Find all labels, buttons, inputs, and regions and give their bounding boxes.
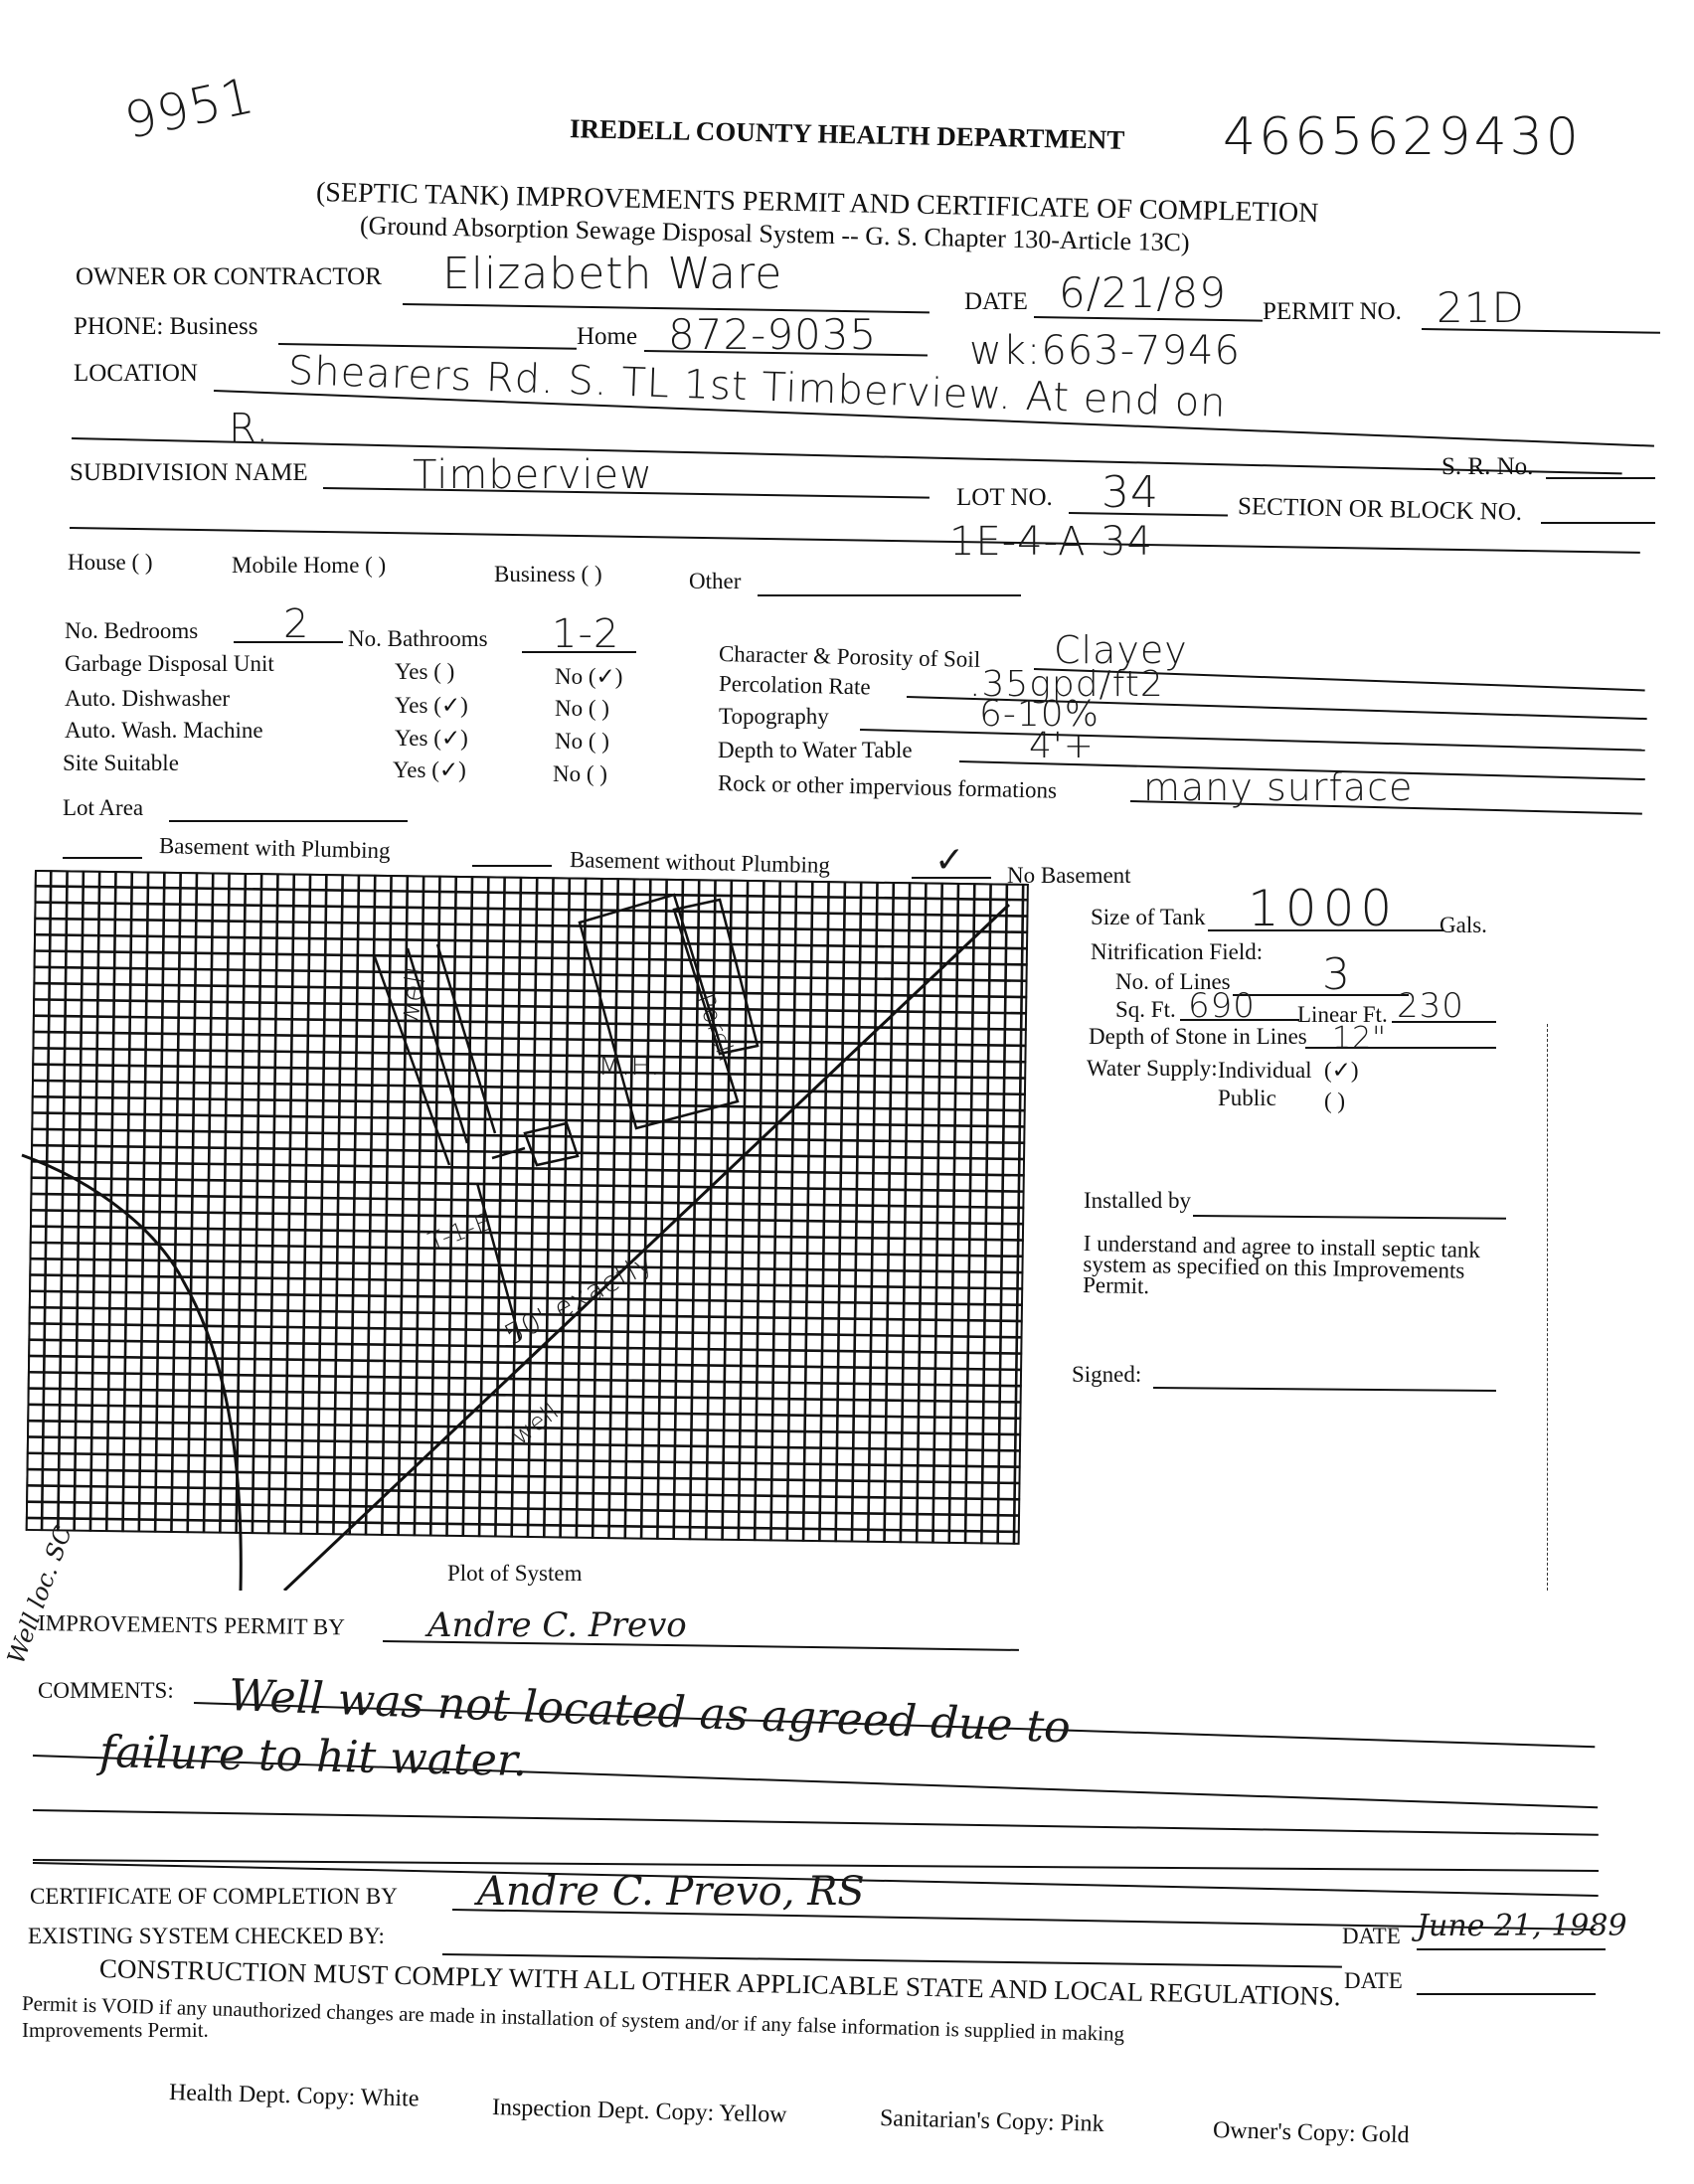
void-notice-2: Improvements Permit. bbox=[22, 2018, 209, 2043]
rock-value[interactable]: many surface bbox=[1143, 765, 1413, 809]
topography-line bbox=[860, 729, 1645, 752]
copy-sanitarian: Sanitarian's Copy: Pink bbox=[880, 2105, 1104, 2138]
lot-area-label: Lot Area bbox=[63, 795, 143, 821]
existing-date-line bbox=[1417, 1948, 1606, 1950]
copy-inspection-dept: Inspection Dept. Copy: Yellow bbox=[492, 2095, 787, 2129]
bathrooms-value[interactable]: 1-2 bbox=[552, 611, 619, 657]
certificate-label: CERTIFICATE OF COMPLETION BY bbox=[30, 1884, 398, 1910]
signed-label: Signed: bbox=[1072, 1362, 1141, 1388]
bedrooms-value[interactable]: 2 bbox=[283, 601, 309, 647]
installed-by-label: Installed by bbox=[1084, 1188, 1191, 1214]
subdivision-value[interactable]: Timberview bbox=[413, 452, 653, 498]
type-house[interactable]: House ( ) bbox=[68, 550, 153, 576]
checklist-site-yes[interactable]: Yes (✓) bbox=[393, 757, 466, 783]
checklist-dishwasher-yes[interactable]: Yes (✓) bbox=[395, 693, 468, 719]
checklist-washer-yes[interactable]: Yes (✓) bbox=[395, 726, 468, 752]
bathrooms-label: No. Bathrooms bbox=[348, 626, 488, 652]
water-public-check[interactable]: ( ) bbox=[1324, 1089, 1345, 1114]
department-name: IREDELL COUNTY HEALTH DEPARTMENT bbox=[570, 113, 1125, 156]
existing-date-label: DATE bbox=[1342, 1924, 1401, 1949]
stone-depth-label: Depth of Stone in Lines bbox=[1089, 1024, 1307, 1050]
section-line bbox=[1541, 522, 1655, 524]
owner-label: OWNER OR CONTRACTOR bbox=[76, 263, 382, 291]
lot-area-line bbox=[169, 820, 408, 822]
permit-value[interactable]: 21D bbox=[1437, 283, 1525, 332]
sqft-value[interactable]: 690 bbox=[1188, 986, 1256, 1026]
sr-label: S. R. No. bbox=[1441, 453, 1533, 481]
corner-note: 9951 bbox=[119, 67, 258, 150]
water-supply-label: Water Supply: bbox=[1087, 1056, 1218, 1082]
bedrooms-label: No. Bedrooms bbox=[65, 618, 198, 644]
tank-size-value[interactable]: 1000 bbox=[1248, 880, 1398, 937]
date-label: DATE bbox=[964, 288, 1028, 316]
type-other-line bbox=[758, 594, 1021, 596]
type-mobile-home[interactable]: Mobile Home ( ) bbox=[232, 553, 386, 579]
checklist-garbage-yes[interactable]: Yes ( ) bbox=[395, 659, 454, 685]
date-value[interactable]: 6/21/89 bbox=[1059, 268, 1227, 317]
checklist-dishwasher-label: Auto. Dishwasher bbox=[65, 686, 230, 712]
subdivision-divider bbox=[70, 527, 1640, 554]
permit-by-signature: Andre C. Prevo bbox=[427, 1605, 687, 1645]
tank-outline bbox=[525, 1123, 578, 1165]
install-agreement: I understand and agree to install septic… bbox=[1083, 1233, 1501, 1302]
water-individual-check[interactable]: (✓) bbox=[1324, 1058, 1359, 1084]
lines-line bbox=[1233, 994, 1409, 996]
checklist-garbage-label: Garbage Disposal Unit bbox=[65, 651, 274, 677]
section-label: SECTION OR BLOCK NO. bbox=[1238, 493, 1523, 527]
water-public-label: Public bbox=[1218, 1086, 1276, 1111]
checklist-washer-label: Auto. Wash. Machine bbox=[65, 718, 263, 744]
owner-value[interactable]: Elizabeth Ware bbox=[442, 249, 782, 299]
checklist-site-no[interactable]: No ( ) bbox=[553, 761, 607, 787]
existing-system-label: EXISTING SYSTEM CHECKED BY: bbox=[28, 1924, 385, 1949]
phone-home-label: Home bbox=[577, 323, 637, 351]
plot-drawing bbox=[0, 855, 1054, 1591]
parcel-number: 4665629430 bbox=[1223, 107, 1582, 167]
copy-health-dept: Health Dept. Copy: White bbox=[169, 2080, 420, 2113]
type-business[interactable]: Business ( ) bbox=[494, 562, 602, 588]
lines-value[interactable]: 3 bbox=[1322, 949, 1351, 1000]
comments-line-3 bbox=[33, 1809, 1599, 1836]
pin-note: 1E-4-A-34 bbox=[949, 519, 1153, 565]
installed-by-line bbox=[1193, 1215, 1506, 1220]
stone-depth-value[interactable]: 12" bbox=[1332, 1021, 1387, 1056]
second-date-label: DATE bbox=[1344, 1968, 1403, 1994]
checklist-garbage-no[interactable]: No (✓) bbox=[555, 664, 622, 690]
sqft-label: Sq. Ft. bbox=[1115, 997, 1176, 1023]
nitrification-label: Nitrification Field: bbox=[1091, 939, 1263, 965]
lot-value[interactable]: 34 bbox=[1101, 467, 1159, 518]
permit-by-label: IMPROVEMENTS PERMIT BY bbox=[38, 1610, 345, 1640]
topography-label: Topography bbox=[719, 704, 829, 730]
certificate-signature: Andre C. Prevo, RS bbox=[477, 1869, 865, 1915]
water-table-label: Depth to Water Table bbox=[718, 738, 913, 763]
sr-line bbox=[1546, 477, 1655, 479]
location-label: LOCATION bbox=[74, 360, 198, 388]
location-value-2[interactable]: R. bbox=[229, 406, 269, 451]
permit-label: PERMIT NO. bbox=[1263, 298, 1402, 326]
phone-home-value[interactable]: 872-9035 bbox=[668, 310, 877, 359]
signed-line bbox=[1153, 1387, 1496, 1392]
subdivision-label: SUBDIVISION NAME bbox=[70, 459, 308, 487]
copy-owner: Owner's Copy: Gold bbox=[1213, 2117, 1410, 2149]
second-date-line bbox=[1417, 1993, 1596, 1995]
checklist-washer-no[interactable]: No ( ) bbox=[555, 729, 609, 755]
soil-character-label: Character & Porosity of Soil bbox=[719, 641, 981, 673]
phone-business-label: PHONE: Business bbox=[74, 313, 257, 341]
tank-size-label: Size of Tank bbox=[1091, 905, 1206, 930]
type-other-label: Other bbox=[689, 569, 741, 594]
lot-label: LOT NO. bbox=[956, 484, 1053, 512]
comments-value-2[interactable]: failure to hit water. bbox=[98, 1727, 527, 1786]
water-table-value[interactable]: 4'+ bbox=[1029, 726, 1095, 766]
linear-ft-value[interactable]: 230 bbox=[1397, 986, 1464, 1026]
tank-size-unit: Gals. bbox=[1440, 913, 1487, 938]
phone-work-note: wk:663-7946 bbox=[969, 328, 1241, 374]
existing-date-value[interactable]: June 21, 1989 bbox=[1417, 1909, 1627, 1943]
rock-label: Rock or other impervious formations bbox=[718, 770, 1058, 804]
checklist-site-label: Site Suitable bbox=[63, 751, 179, 776]
plot-caption: Plot of System bbox=[447, 1561, 582, 1587]
plot-label-mh: M.H. bbox=[598, 1052, 660, 1082]
right-margin-edge bbox=[1547, 1024, 1548, 1591]
comments-label: COMMENTS: bbox=[38, 1678, 174, 1704]
perc-rate-label: Percolation Rate bbox=[719, 671, 871, 700]
checklist-dishwasher-no[interactable]: No ( ) bbox=[555, 696, 609, 722]
water-individual-label: Individual bbox=[1218, 1058, 1312, 1084]
